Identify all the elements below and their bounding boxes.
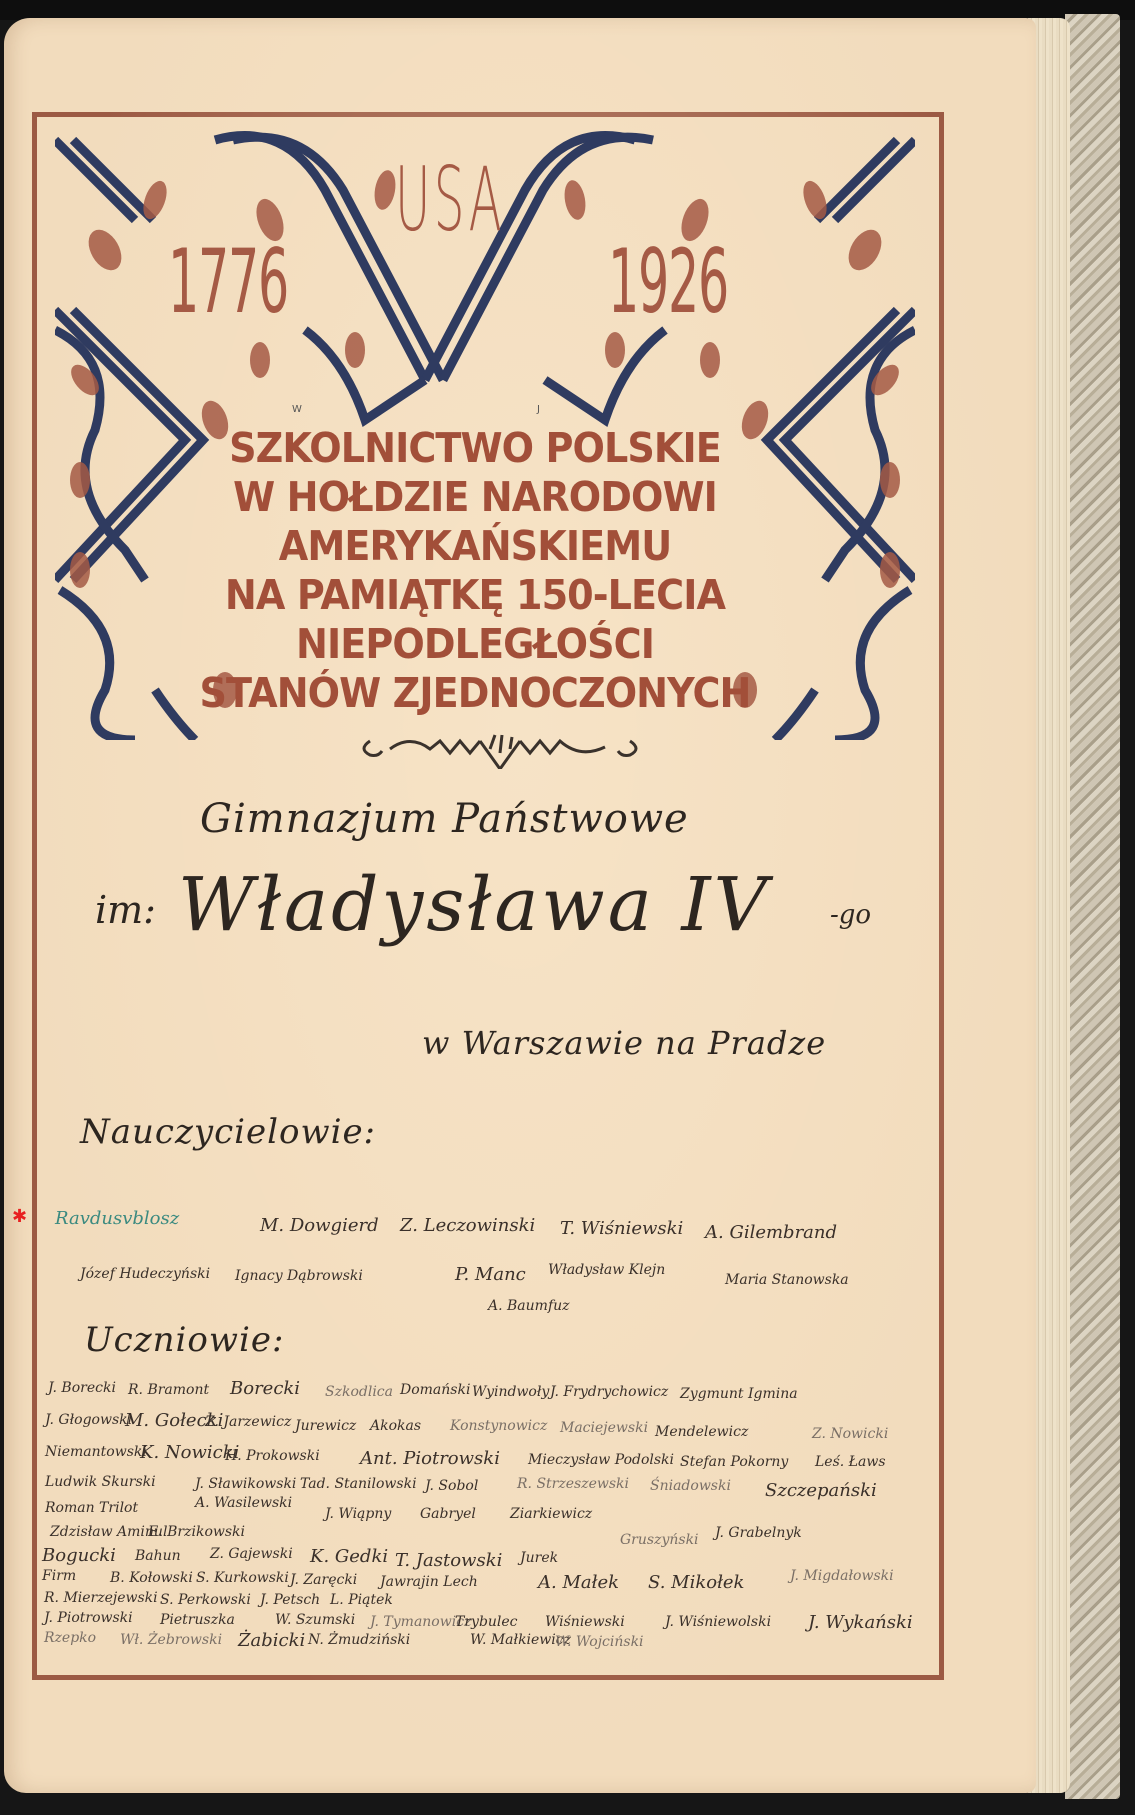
student-signature: Śniadowski bbox=[650, 1478, 731, 1494]
teachers-label: Nauczycielowie: bbox=[80, 1112, 376, 1152]
title-line: NIEPODLEGŁOŚCI bbox=[173, 620, 778, 669]
student-signature: Akokas bbox=[370, 1418, 421, 1434]
student-signature: Konstynowicz bbox=[450, 1418, 547, 1434]
student-signature: Jurek bbox=[520, 1550, 558, 1566]
teacher-signature: Maria Stanowska bbox=[725, 1272, 849, 1288]
student-signature: W. Wojciński bbox=[555, 1634, 644, 1650]
student-signature: R. Bramont bbox=[128, 1382, 209, 1398]
student-signature: R. Mierzejewski bbox=[44, 1590, 158, 1606]
student-signature: J. Migdałowski bbox=[790, 1568, 894, 1584]
student-signature: Bahun bbox=[135, 1548, 181, 1564]
usa-monogram: USA bbox=[395, 148, 505, 251]
artist-initial-right: J bbox=[537, 404, 540, 415]
teacher-signature: P. Manc bbox=[455, 1264, 526, 1285]
patron-name: Władysława bbox=[178, 862, 655, 948]
student-signature: Firm bbox=[42, 1568, 76, 1584]
student-signature: J. Wiąpny bbox=[325, 1506, 391, 1522]
student-signature: Jurewicz bbox=[295, 1418, 356, 1434]
student-signature: S. Kurkowski bbox=[196, 1570, 289, 1586]
title-line: STANÓW ZJEDNOCZONYCH bbox=[173, 669, 778, 718]
student-signature: J. Sławikowski bbox=[195, 1476, 296, 1492]
student-signature: J. Wiśniewolski bbox=[665, 1614, 771, 1630]
book-binding bbox=[1065, 14, 1120, 1799]
student-signature: Z. Jarzewicz bbox=[205, 1414, 291, 1430]
student-signature: H. Prokowski bbox=[225, 1448, 320, 1464]
year-start: 1776 bbox=[168, 230, 288, 333]
title-line: SZKOLNICTWO POLSKIE bbox=[173, 424, 778, 473]
student-signature: J. Sobol bbox=[425, 1478, 478, 1494]
teacher-signature: T. Wiśniewski bbox=[560, 1218, 683, 1239]
ornamental-flourish-icon bbox=[350, 729, 650, 769]
student-signature: Maciejewski bbox=[560, 1420, 648, 1436]
student-signature: J. Frydrychowicz bbox=[550, 1384, 668, 1400]
teacher-signature: Władysław Klejn bbox=[548, 1262, 665, 1278]
title-line: W HOŁDZIE NARODOWI bbox=[173, 473, 778, 522]
red-star-marker-icon: ✱ bbox=[12, 1208, 27, 1226]
student-signature: Bogucki bbox=[42, 1545, 116, 1566]
student-signature: Gruszyński bbox=[620, 1532, 699, 1548]
background bbox=[0, 0, 1135, 20]
student-signature: Wł. Żebrowski bbox=[120, 1632, 222, 1648]
student-signature: J. Borecki bbox=[48, 1380, 116, 1396]
year-end: 1926 bbox=[608, 230, 728, 333]
teacher-signature: M. Dowgierd bbox=[260, 1215, 379, 1236]
student-signature: Ant. Piotrowski bbox=[360, 1448, 500, 1469]
student-signature: Roman Trilot bbox=[45, 1500, 138, 1516]
school-name-suffix: -go bbox=[830, 900, 871, 930]
student-signature: B. Kołowski bbox=[110, 1570, 193, 1586]
student-signature: E. Brzikowski bbox=[148, 1524, 245, 1540]
student-signature: Szczepański bbox=[765, 1480, 877, 1501]
student-signature: Gabryel bbox=[420, 1506, 476, 1522]
teacher-signature: A. Gilembrand bbox=[705, 1222, 837, 1243]
teacher-signature: A. Baumfuz bbox=[488, 1298, 570, 1314]
teacher-signature: Z. Leczowinski bbox=[400, 1215, 535, 1236]
student-signature: J. Grabelnyk bbox=[715, 1525, 802, 1541]
student-signature: Jawrajin Lech bbox=[380, 1574, 478, 1590]
patron-numeral: IV bbox=[681, 862, 770, 948]
dedication-title: SZKOLNICTWO POLSKIE W HOŁDZIE NARODOWI A… bbox=[150, 424, 800, 718]
school-type: Gimnazjum Państwowe bbox=[200, 796, 689, 842]
title-line: AMERYKAŃSKIEMU bbox=[173, 522, 778, 571]
student-signature: Borecki bbox=[230, 1378, 300, 1399]
student-signature: Wyindwoły bbox=[472, 1384, 549, 1400]
student-signature: Leś. Ławs bbox=[815, 1454, 886, 1470]
student-signature: Niemantowski bbox=[45, 1444, 147, 1460]
student-signature: Stefan Pokorny bbox=[680, 1454, 788, 1470]
student-signature: Z. Nowicki bbox=[812, 1426, 888, 1442]
student-signature: Mendelewicz bbox=[655, 1424, 748, 1440]
student-signature: Rzepko bbox=[44, 1630, 96, 1646]
student-signature: N. Żmudziński bbox=[308, 1632, 410, 1648]
student-signature: Ludwik Skurski bbox=[45, 1474, 156, 1490]
school-patron-name: Władysława IV bbox=[178, 862, 770, 948]
student-signature: K. Gedki bbox=[310, 1546, 388, 1567]
student-signature: Domański bbox=[400, 1382, 470, 1398]
student-signature: J. Wykański bbox=[808, 1612, 913, 1633]
student-signature: Wiśniewski bbox=[545, 1614, 625, 1630]
student-signature: A. Małek bbox=[538, 1572, 619, 1593]
student-signature: L. Piątek bbox=[330, 1592, 393, 1608]
student-signature: R. Strzeszewski bbox=[517, 1476, 629, 1492]
student-signature: J. Piotrowski bbox=[44, 1610, 133, 1626]
student-signature: T. Jastowski bbox=[395, 1550, 502, 1571]
student-signature: Tad. Stanilowski bbox=[300, 1476, 417, 1492]
title-line: NA PAMIĄTKĘ 150-LECIA bbox=[173, 571, 778, 620]
student-signature: S. Perkowski bbox=[160, 1592, 251, 1608]
teacher-signature: Ravdusvblosz bbox=[55, 1208, 179, 1229]
student-signature: Trybulec bbox=[455, 1614, 518, 1630]
student-signature: J. Zaręcki bbox=[290, 1572, 357, 1588]
student-signature: Zygmunt Igmina bbox=[680, 1386, 798, 1402]
teacher-signature: Ignacy Dąbrowski bbox=[235, 1268, 363, 1284]
student-signature: W. Szumski bbox=[275, 1612, 355, 1628]
student-signature: Pietruszka bbox=[160, 1612, 235, 1628]
student-signature: S. Mikołek bbox=[648, 1572, 744, 1593]
school-city: w Warszawie na Pradze bbox=[422, 1024, 826, 1062]
school-name-prefix: im: bbox=[95, 888, 156, 932]
teacher-signature: Józef Hudeczyński bbox=[80, 1266, 210, 1282]
student-signature: Z. Gajewski bbox=[210, 1546, 293, 1562]
student-signature: Szkodlica bbox=[325, 1384, 393, 1400]
student-signature: Ziarkiewicz bbox=[510, 1506, 592, 1522]
student-signature: J. Petsch bbox=[260, 1592, 320, 1608]
student-signature: Mieczysław Podolski bbox=[528, 1452, 674, 1468]
student-signature: A. Wasilewski bbox=[195, 1495, 292, 1511]
artist-initial-left: W bbox=[292, 404, 302, 415]
students-label: Uczniowie: bbox=[84, 1320, 284, 1360]
student-signature: J. Głogowski bbox=[45, 1412, 132, 1428]
student-signature: Żabicki bbox=[238, 1630, 305, 1651]
